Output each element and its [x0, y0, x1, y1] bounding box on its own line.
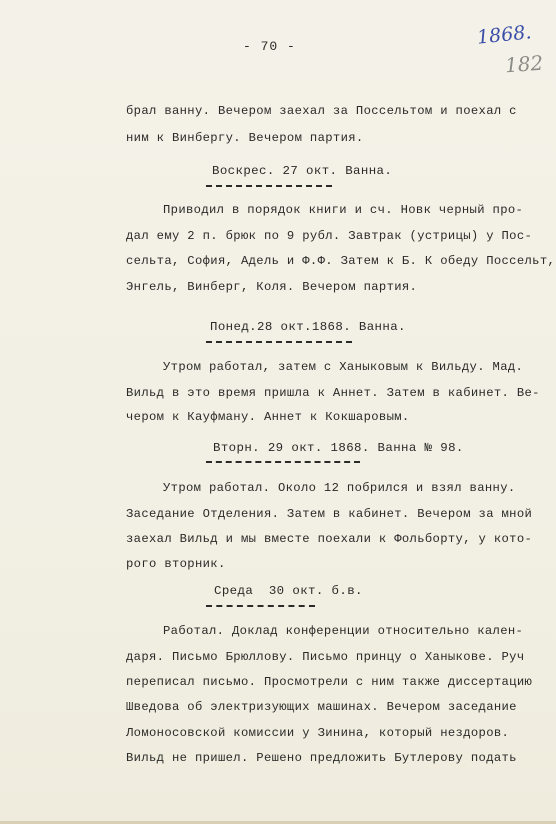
entry-heading: Вторн. 29 окт. 1868. Ванна № 98. [213, 441, 464, 455]
heading-underline [206, 461, 360, 463]
entry-heading: Среда 30 окт. б.в. [214, 584, 363, 598]
entry-line: Вильд в это время пришла к Аннет. Затем … [126, 385, 540, 401]
heading-underline [206, 341, 352, 343]
document-page: - 70 - 1868. 182 брал ванну. Вечером зае… [0, 0, 556, 824]
entry-line: Шведова об электризующих машинах. Вечеро… [126, 699, 517, 715]
entry-line: Ломоносовской комиссии у Зинина, который… [126, 725, 509, 741]
entry-line: переписал письмо. Просмотрели с ним такж… [126, 674, 532, 690]
page-number: - 70 - [243, 39, 296, 54]
entry-line: чером к Кауфману. Аннет к Кокшаровым. [126, 409, 410, 425]
entry-line: Приводил в порядок книги и сч. Новк черн… [163, 202, 523, 218]
entry-line: дал ему 2 п. брюк по 9 рубл. Завтрак (ус… [126, 228, 532, 244]
entry-line: Заседание Отделения. Затем в кабинет. Ве… [126, 506, 532, 522]
intro-line: ним к Винбергу. Вечером партия. [126, 130, 364, 146]
handwritten-year-annotation: 1868. [476, 21, 532, 49]
entry-line: заехал Вильд и мы вместе поехали к Фольб… [126, 531, 532, 547]
entry-line: Утром работал. Около 12 побрился и взял … [163, 480, 516, 496]
entry-line: Работал. Доклад конференции относительно… [163, 623, 523, 639]
handwritten-folio-number: 182 [504, 51, 544, 78]
entry-heading: Понед.28 окт.1868. Ванна. [210, 320, 406, 334]
entry-line: Энгель, Винберг, Коля. Вечером партия. [126, 279, 417, 295]
heading-underline [206, 185, 332, 187]
entry-line: даря. Письмо Брюллову. Письмо принцу о Х… [126, 649, 525, 665]
entry-line: рого вторник. [126, 556, 226, 572]
entry-heading: Воскрес. 27 окт. Ванна. [212, 164, 392, 178]
entry-line: сельта, София, Адель и Ф.Ф. Затем к Б. К… [126, 253, 555, 269]
intro-line: брал ванну. Вечером заехал за Поссельтом… [126, 103, 517, 119]
entry-line: Утром работал, затем с Ханыковым к Вильд… [163, 359, 523, 375]
heading-underline [206, 605, 315, 607]
entry-line: Вильд не пришел. Решено предложить Бутле… [126, 750, 517, 766]
